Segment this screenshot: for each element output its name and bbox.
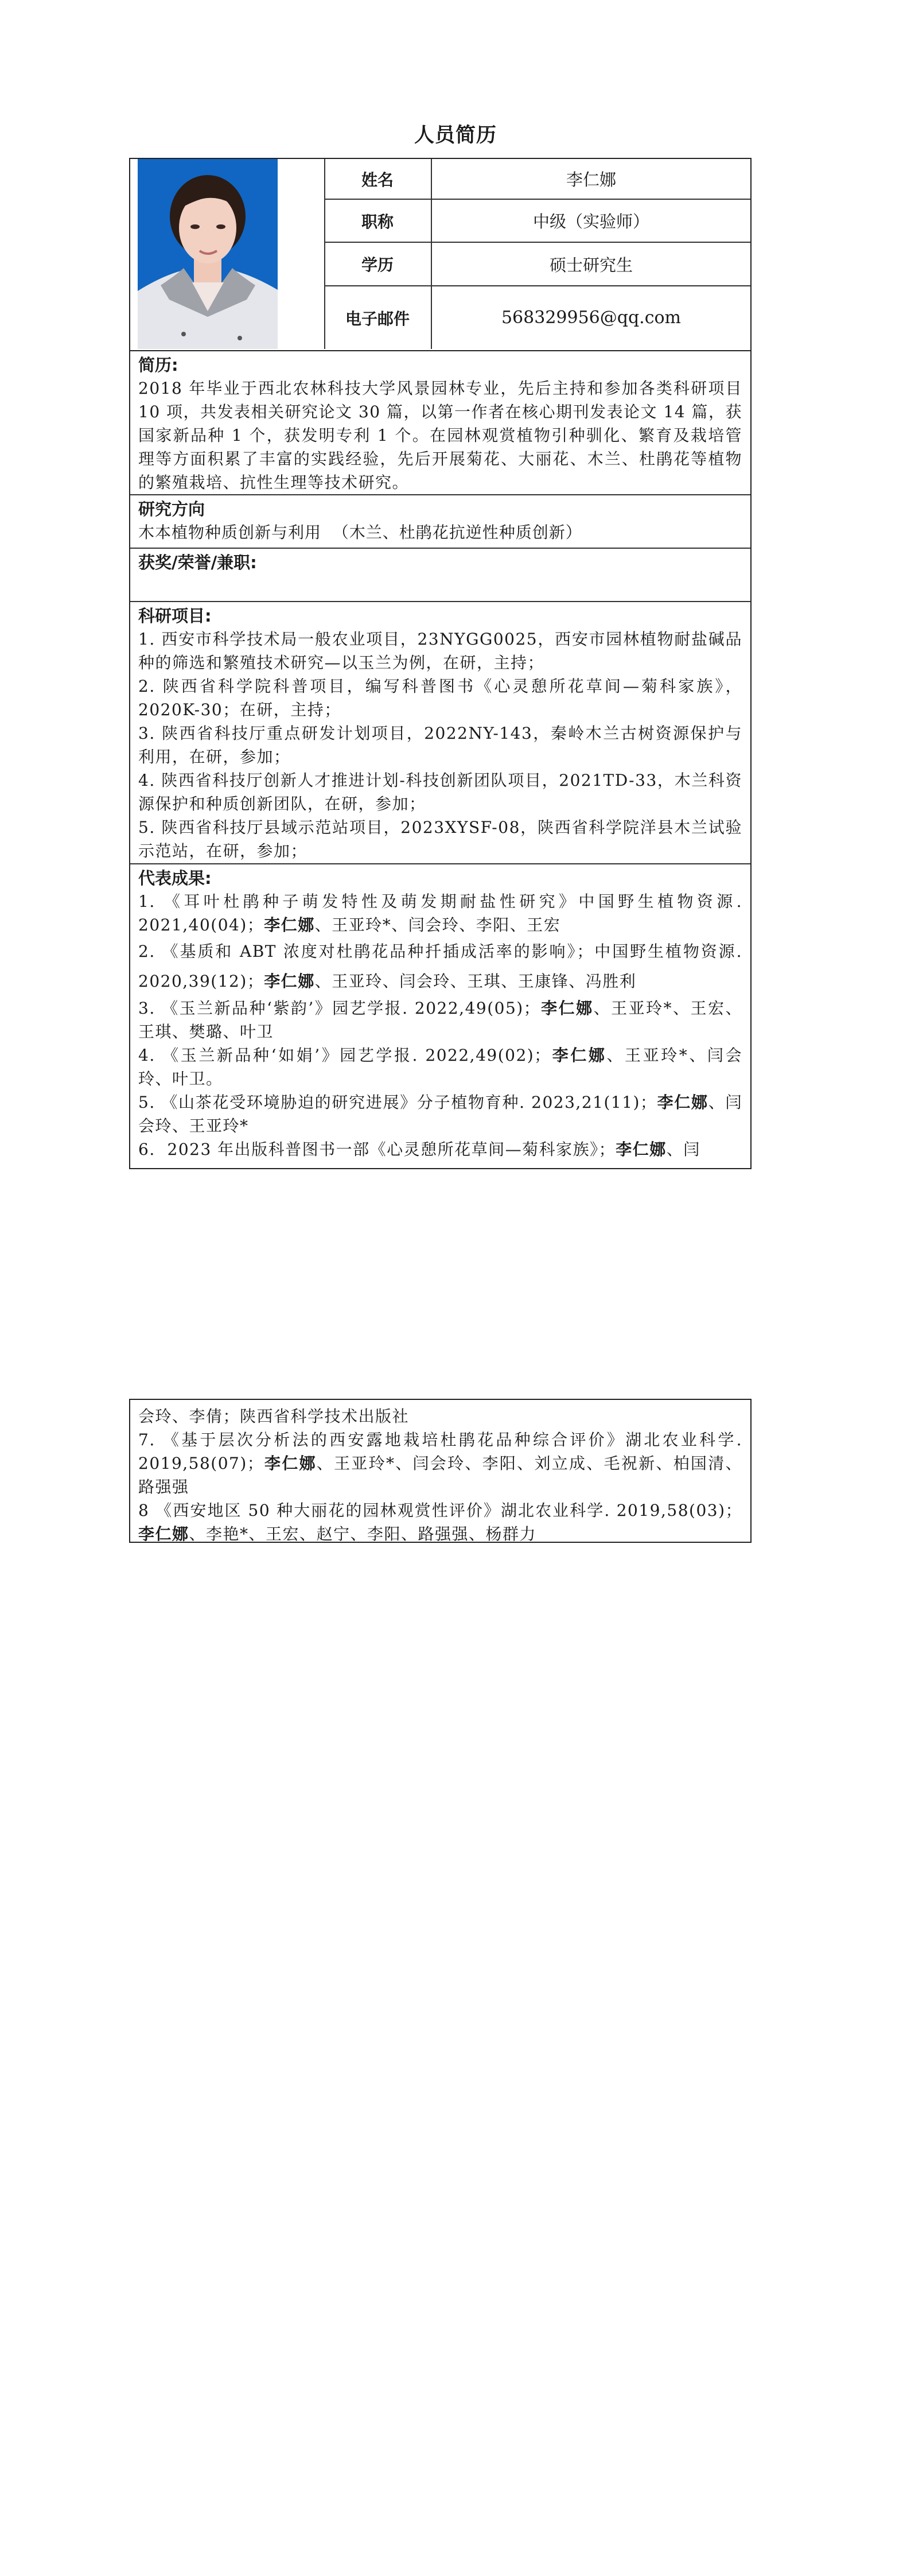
achievement-item: 1. 《耳叶杜鹃种子萌发特性及萌发期耐盐性研究》中国野生植物资源. 2021,4… [138, 890, 742, 937]
awards-section: 获奖/荣誉/兼职: [130, 549, 750, 602]
research-direction-heading: 研究方向 [138, 498, 742, 521]
citation-text: 5. 《山茶花受环境胁迫的研究进展》分子植物育种. 2023,21(11)； [138, 1093, 657, 1112]
author-highlight: 李仁娜 [616, 1140, 667, 1159]
label-education: 学历 [324, 243, 432, 286]
profile-header: 姓名 李仁娜 职称 中级（实验师） 学历 硕士研究生 电子邮件 56832995… [130, 159, 750, 351]
resume-table-continued: 会玲、李倩；陕西省科学技术出版社 7. 《基于层次分析法的西安露地栽培杜鹃花品种… [129, 1399, 752, 1543]
author-highlight: 李仁娜 [551, 1046, 607, 1065]
project-item: 2. 陕西省科学院科普项目，编写科普图书《心灵憩所花草间—菊科家族》，2020K… [138, 674, 742, 721]
bio-heading: 简历: [138, 354, 742, 377]
achievements-heading: 代表成果: [138, 867, 742, 890]
achievements-section: 代表成果: 1. 《耳叶杜鹃种子萌发特性及萌发期耐盐性研究》中国野生植物资源. … [130, 864, 750, 1168]
value-name: 李仁娜 [432, 159, 750, 200]
portrait-image [138, 159, 278, 349]
coauthors: 、王亚玲、闫会玲、王琪、王康锋、冯胜利 [315, 972, 637, 991]
label-email: 电子邮件 [324, 286, 432, 349]
project-item: 4. 陕西省科技厅创新人才推进计划-科技创新团队项目，2021TD-33，木兰科… [138, 769, 742, 816]
author-highlight: 李仁娜 [657, 1093, 708, 1112]
value-title: 中级（实验师） [432, 200, 750, 243]
project-item: 5. 陕西省科技厅县域示范站项目，2023XYSF-08，陕西省科学院洋县木兰试… [138, 816, 742, 863]
label-title: 职称 [324, 200, 432, 243]
projects-heading: 科研项目: [138, 604, 742, 627]
bio-section: 简历: 2018 年毕业于西北农林科技大学风景园林专业，先后主持和参加各类科研项… [130, 351, 750, 495]
value-education: 硕士研究生 [432, 243, 750, 286]
achievements-continued: 会玲、李倩；陕西省科学技术出版社 7. 《基于层次分析法的西安露地栽培杜鹃花品种… [130, 1400, 750, 1549]
research-direction-section: 研究方向 木本植物种质创新与利用 （木兰、杜鹃花抗逆性种质创新） [130, 495, 750, 549]
citation-text: 6. 2023 年出版科普图书一部《心灵憩所花草间—菊科家族》； [138, 1140, 616, 1159]
citation-text: 会玲、李倩；陕西省科学技术出版社 [138, 1407, 409, 1426]
profile-photo [138, 159, 278, 349]
resume-table: 姓名 李仁娜 职称 中级（实验师） 学历 硕士研究生 电子邮件 56832995… [129, 158, 752, 1169]
achievement-item: 5. 《山茶花受环境胁迫的研究进展》分子植物育种. 2023,21(11)；李仁… [138, 1091, 742, 1138]
achievement-item: 8 《西安地区 50 种大丽花的园林观赏性评价》湖北农业科学. 2019,58(… [138, 1499, 742, 1546]
coauthors: 、李艳*、王宏、赵宁、李阳、路强强、杨群力 [189, 1524, 537, 1543]
project-item: 3. 陕西省科技厅重点研发计划项目，2022NY-143，秦岭木兰古树资源保护与… [138, 721, 742, 769]
author-highlight: 李仁娜 [540, 999, 593, 1018]
research-direction-text: 木本植物种质创新与利用 （木兰、杜鹃花抗逆性种质创新） [138, 521, 742, 544]
citation-text: 4. 《玉兰新品种‘如娟’》园艺学报. 2022,49(02)； [138, 1046, 551, 1065]
project-item: 1. 西安市科学技术局一般农业项目，23NYGG0025，西安市园林植物耐盐碱品… [138, 627, 742, 674]
projects-section: 科研项目: 1. 西安市科学技术局一般农业项目，23NYGG0025，西安市园林… [130, 602, 750, 864]
value-email[interactable]: 568329956@qq.com [432, 286, 750, 349]
author-highlight: 李仁娜 [264, 1454, 317, 1473]
author-highlight: 李仁娜 [138, 1524, 189, 1543]
label-name: 姓名 [324, 159, 432, 200]
citation-text: 8 《西安地区 50 种大丽花的园林观赏性评价》湖北农业科学. 2019,58(… [138, 1501, 742, 1520]
achievement-item: 2. 《基质和 ABT 浓度对杜鹃花品种扦插成活率的影响》；中国野生植物资源. … [138, 937, 742, 996]
achievement-item: 7. 《基于层次分析法的西安露地栽培杜鹃花品种综合评价》湖北农业科学. 2019… [138, 1428, 742, 1499]
coauthors: 、王亚玲*、闫会玲、李阳、王宏 [315, 915, 561, 934]
author-highlight: 李仁娜 [264, 972, 315, 991]
page-title: 人员简历 [0, 119, 911, 148]
author-highlight: 李仁娜 [264, 915, 315, 934]
achievement-item: 3. 《玉兰新品种‘紫韵’》园艺学报. 2022,49(05)；李仁娜、王亚玲*… [138, 996, 742, 1043]
coauthors: 、闫 [667, 1140, 700, 1159]
awards-heading: 获奖/荣誉/兼职: [138, 551, 742, 574]
citation-text: 3. 《玉兰新品种‘紫韵’》园艺学报. 2022,49(05)； [138, 999, 540, 1018]
achievement-item: 6. 2023 年出版科普图书一部《心灵憩所花草间—菊科家族》；李仁娜、闫 [138, 1138, 742, 1161]
photo-cell [130, 159, 325, 349]
achievement-item: 会玲、李倩；陕西省科学技术出版社 [138, 1405, 742, 1428]
achievement-item: 4. 《玉兰新品种‘如娟’》园艺学报. 2022,49(02)；李仁娜、王亚玲*… [138, 1043, 742, 1091]
bio-text: 2018 年毕业于西北农林科技大学风景园林专业，先后主持和参加各类科研项目 10… [138, 377, 742, 494]
